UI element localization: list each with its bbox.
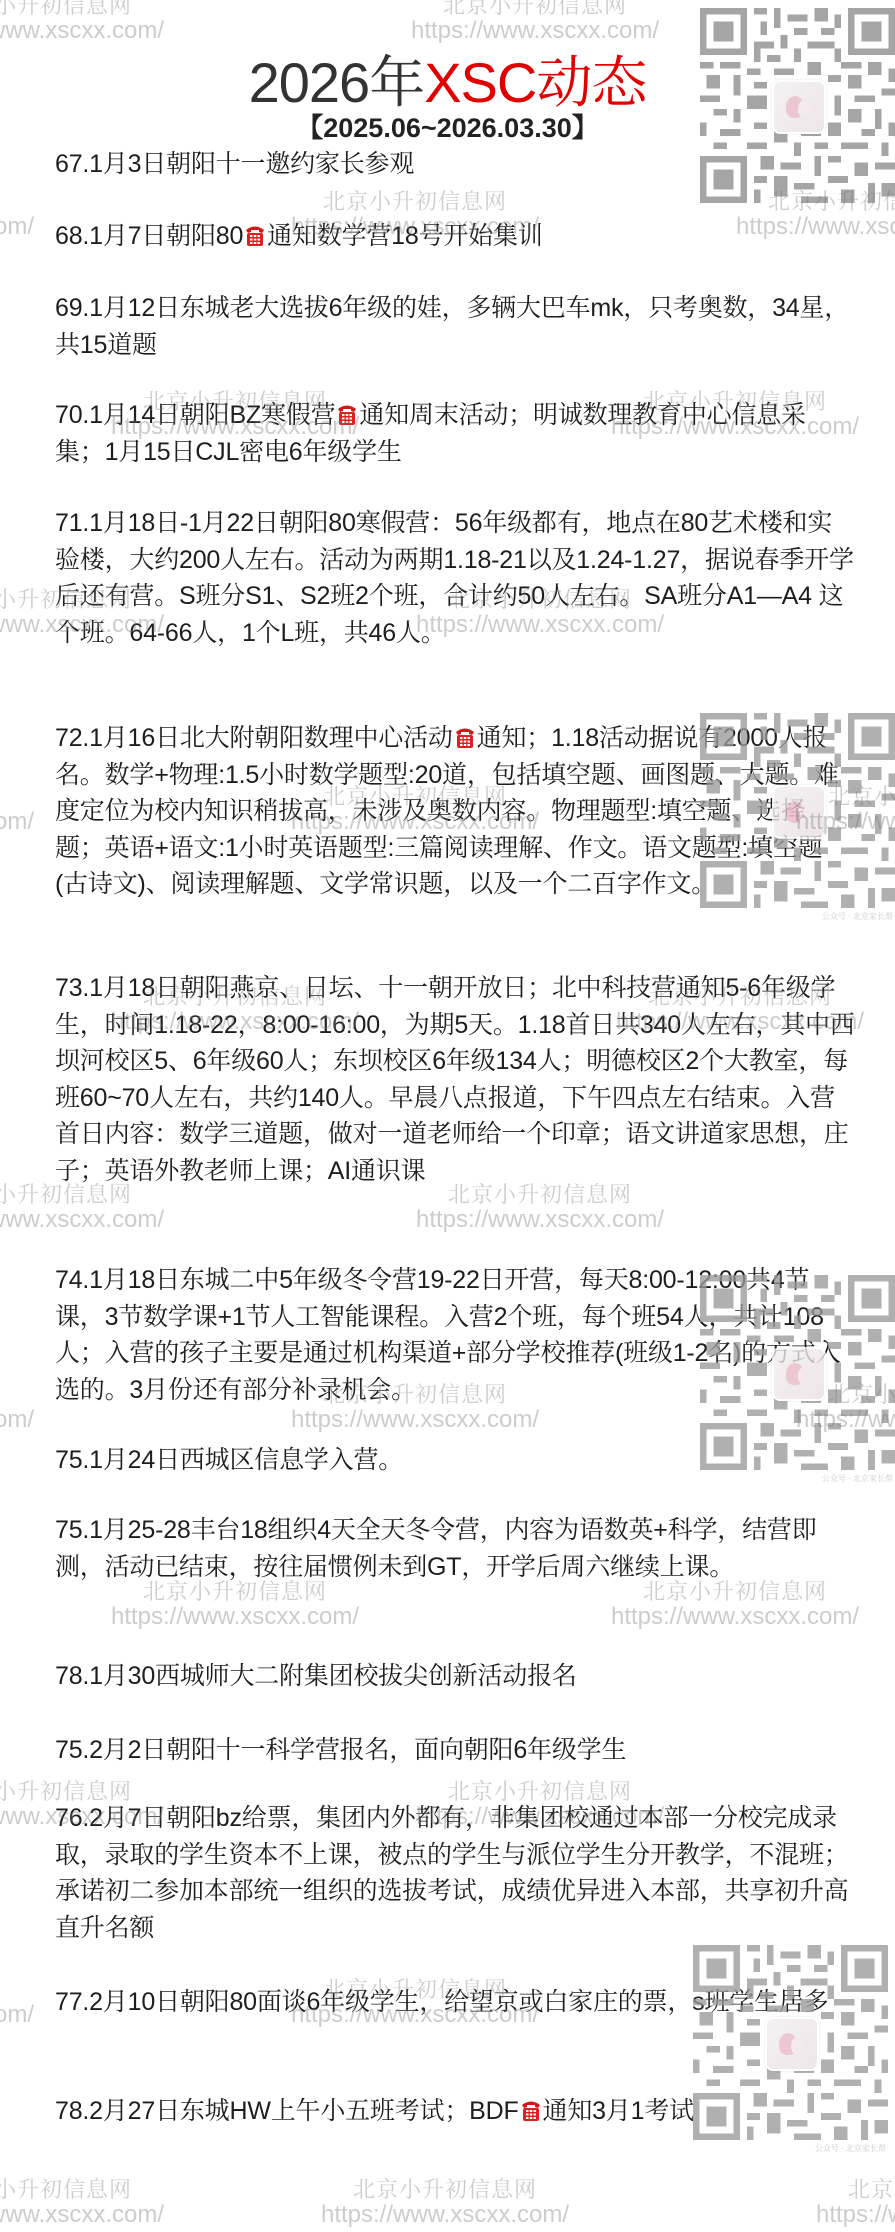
watermark: 北京小升初信息网 https://www.xscxx.com/ [285,2178,605,2228]
qr-code: 公众号 · 北京家长帮 [693,1945,888,2140]
news-item: 73.1月18日朝阳燕京、日坛、十一朝开放日；北中科技营通知5-6年级学生，时间… [55,970,855,1189]
telephone-icon [454,723,476,747]
title-accent: XSC动态 [424,51,646,114]
qr-caption: 公众号 · 北京家长帮 [815,2143,886,2154]
lotus-logo-icon [765,2017,819,2071]
qr-caption: 公众号 · 北京家长帮 [822,911,893,922]
qr-caption: 公众号 · 北京家长帮 [822,1473,893,1484]
watermark: 北京小升初信息网 https://www.xscxx.com/ [375,0,695,44]
announcement-page: 北京小升初信息网 https://www.xscxx.com/ 北京小升初信息网… [0,0,895,2232]
qr-code: 公众号 · 北京家长帮 [700,713,895,908]
telephone-icon [336,400,358,424]
watermark: 北京小升初信息网 https://www.xscxx.com/ [0,0,200,44]
lotus-logo-icon [772,785,826,839]
news-item: 70.1月14日朝阳BZ寒假营通知周末活动；明诚数理教育中心信息采集；1月15日… [55,397,855,470]
qr-code [700,8,895,203]
watermark: 北京小升初信息网 https://www.xscxx.com/ [75,1580,395,1630]
news-item: 69.1月12日东城老大选拔6年级的娃，多辆大巴车mk，只考奥数，34星，共15… [55,290,855,363]
watermark: 北京小升初信息网 https://www.xscxx.com/ [575,1580,895,1630]
title-year: 2026年 [249,51,425,114]
watermark: 北京小升初信息网 https://www.xscxx.com/ [780,2178,895,2228]
telephone-icon [520,2096,542,2120]
lotus-logo-icon [772,80,826,134]
watermark: 北京小升初信息网 https://www.xscxx.com/ [380,1183,700,1233]
news-item: 75.1月25-28丰台18组织4天全天冬令营，内容为语数英+科学，结营即测，活… [55,1512,855,1585]
news-item: 71.1月18日-1月22日朝阳80寒假营：56年级都有，地点在80艺术楼和实验… [55,505,855,651]
qr-code: 公众号 · 北京家长帮 [700,1275,895,1470]
news-item: 75.2月2日朝阳十一科学营报名，面向朝阳6年级学生 [55,1732,855,1769]
telephone-icon [244,221,266,245]
news-item: 68.1月7日朝阳80通知数学营18号开始集训 [55,218,855,255]
watermark: 北京小升初信息网 https://www.xscxx.com/ [0,1183,200,1233]
watermark: 北京小升初信息网 https://www.xscxx.com/ [0,2178,200,2228]
news-item: 76.2月7日朝阳bz给票，集团内外都有，非集团校通过本部一分校完成录取，录取的… [55,1800,855,1946]
lotus-logo-icon [772,1347,826,1401]
news-item: 78.1月30西城师大二附集团校拔尖创新活动报名 [55,1658,855,1695]
